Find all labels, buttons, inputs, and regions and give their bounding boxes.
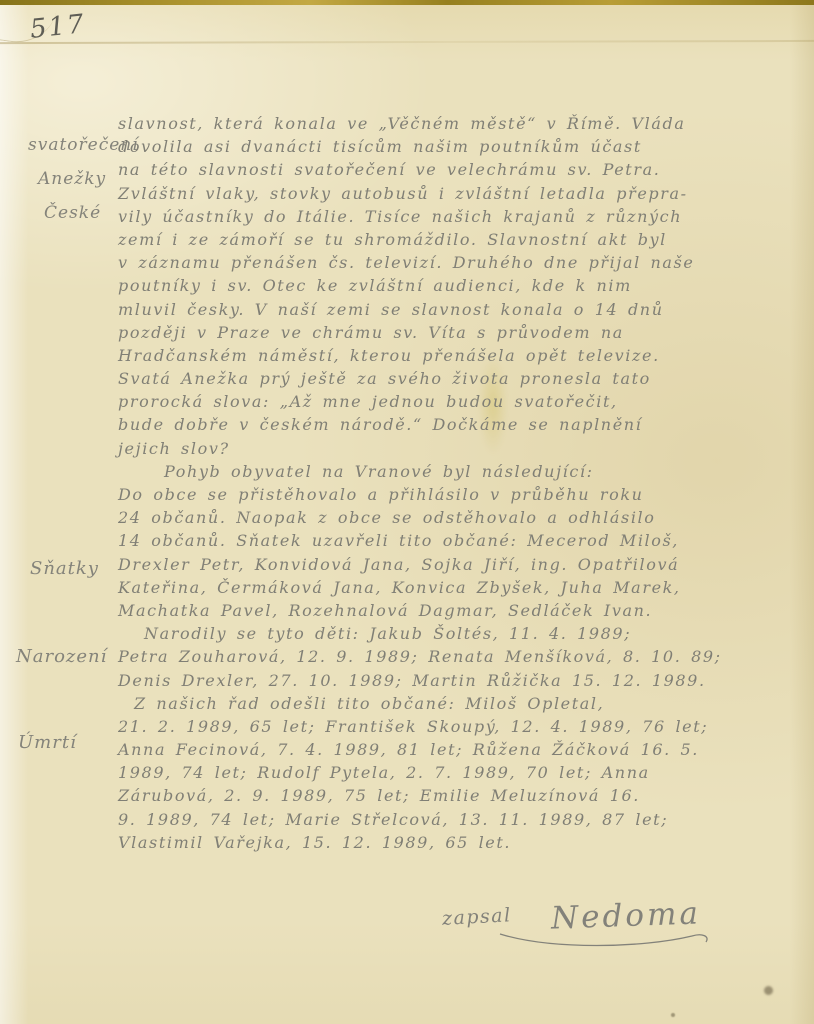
handwritten-line: později v Praze ve chrámu sv. Víta s prů… [118,321,812,344]
handwritten-line: Hradčanském náměstí, kterou přenášela op… [118,344,812,367]
handwritten-line: Denis Drexler, 27. 10. 1989; Martin Růži… [118,669,812,692]
handwritten-line: Narodily se tyto děti: Jakub Šoltés, 11.… [118,622,812,645]
margin-note-marriages: Sňatky [30,552,99,586]
handwritten-line: slavnost, která konala ve „Věčném městě“… [118,112,812,135]
handwritten-line: Machatka Pavel, Rozehnalová Dagmar, Sedl… [118,599,812,622]
signature-prefix: zapsal [441,904,512,930]
margin-note-line: Sňatky [30,552,99,586]
handwritten-line: zemí i ze zámoří se tu shromáždilo. Slav… [118,228,812,251]
handwritten-line: Anna Fecinová, 7. 4. 1989, 81 let; Růžen… [118,738,812,761]
handwritten-line: 21. 2. 1989, 65 let; František Skoupý, 1… [118,715,812,738]
handwritten-line: 14 občanů. Sňatek uzavřeli tito občané: … [118,529,812,552]
handwritten-line: Vlastimil Vařejka, 15. 12. 1989, 65 let. [118,831,812,854]
margin-note-line: Úmrtí [18,726,77,760]
handwritten-line: Pohyb obyvatel na Vranové byl následujíc… [118,460,812,483]
handwritten-line: vily účastníky do Itálie. Tisíce našich … [118,205,812,228]
body-text: slavnost, která konala ve „Věčném městě“… [118,112,812,854]
margin-note-births: Narození [16,640,107,674]
handwritten-line: prorocká slova: „Až mne jednou budou sva… [118,390,812,413]
margin-note-line: Narození [16,640,107,674]
handwritten-line: bude dobře v českém národě.“ Dočkáme se … [118,413,812,436]
handwritten-line: poutníky i sv. Otec ke zvláštní audienci… [118,274,812,297]
handwritten-line: Do obce se přistěhovalo a přihlásilo v p… [118,483,812,506]
handwritten-line: dovolila asi dvanácti tisícům našim pout… [118,135,812,158]
signature-block: zapsal Nedoma [442,898,722,954]
ink-spot [764,986,773,995]
chronicle-page: 517 svatořečení Anežky České Sňatky Naro… [0,0,814,1024]
paper-crease [0,40,814,44]
handwritten-line: mluvil česky. V naší zemi se slavnost ko… [118,298,812,321]
handwritten-line: jejich slov? [118,437,812,460]
ink-spot [671,1013,675,1017]
handwritten-line: na této slavnosti svatořečení ve velechr… [118,158,812,181]
signature-name: Nedoma [550,895,701,936]
handwritten-line: 24 občanů. Naopak z obce se odstěhovalo … [118,506,812,529]
handwritten-line: Zárubová, 2. 9. 1989, 75 let; Emilie Mel… [118,784,812,807]
page-number: 517 [29,9,87,45]
handwritten-line: Petra Zouharová, 12. 9. 1989; Renata Men… [118,645,812,668]
handwritten-line: Zvláštní vlaky, stovky autobusů i zvlášt… [118,182,812,205]
handwritten-line: Kateřina, Čermáková Jana, Konvica Zbyšek… [118,576,812,599]
handwritten-line: v záznamu přenášen čs. televizí. Druhého… [118,251,812,274]
handwritten-line: 9. 1989, 74 let; Marie Střelcová, 13. 11… [118,808,812,831]
handwritten-line: Svatá Anežka prý ještě za svého života p… [118,367,812,390]
handwritten-line: 1989, 74 let; Rudolf Pytela, 2. 7. 1989,… [118,761,812,784]
handwritten-line: Drexler Petr, Konvidová Jana, Sojka Jiří… [118,553,812,576]
handwritten-line: Z našich řad odešli tito občané: Miloš O… [118,692,812,715]
book-top-edge [0,0,814,5]
margin-note-deaths: Úmrtí [18,726,77,760]
